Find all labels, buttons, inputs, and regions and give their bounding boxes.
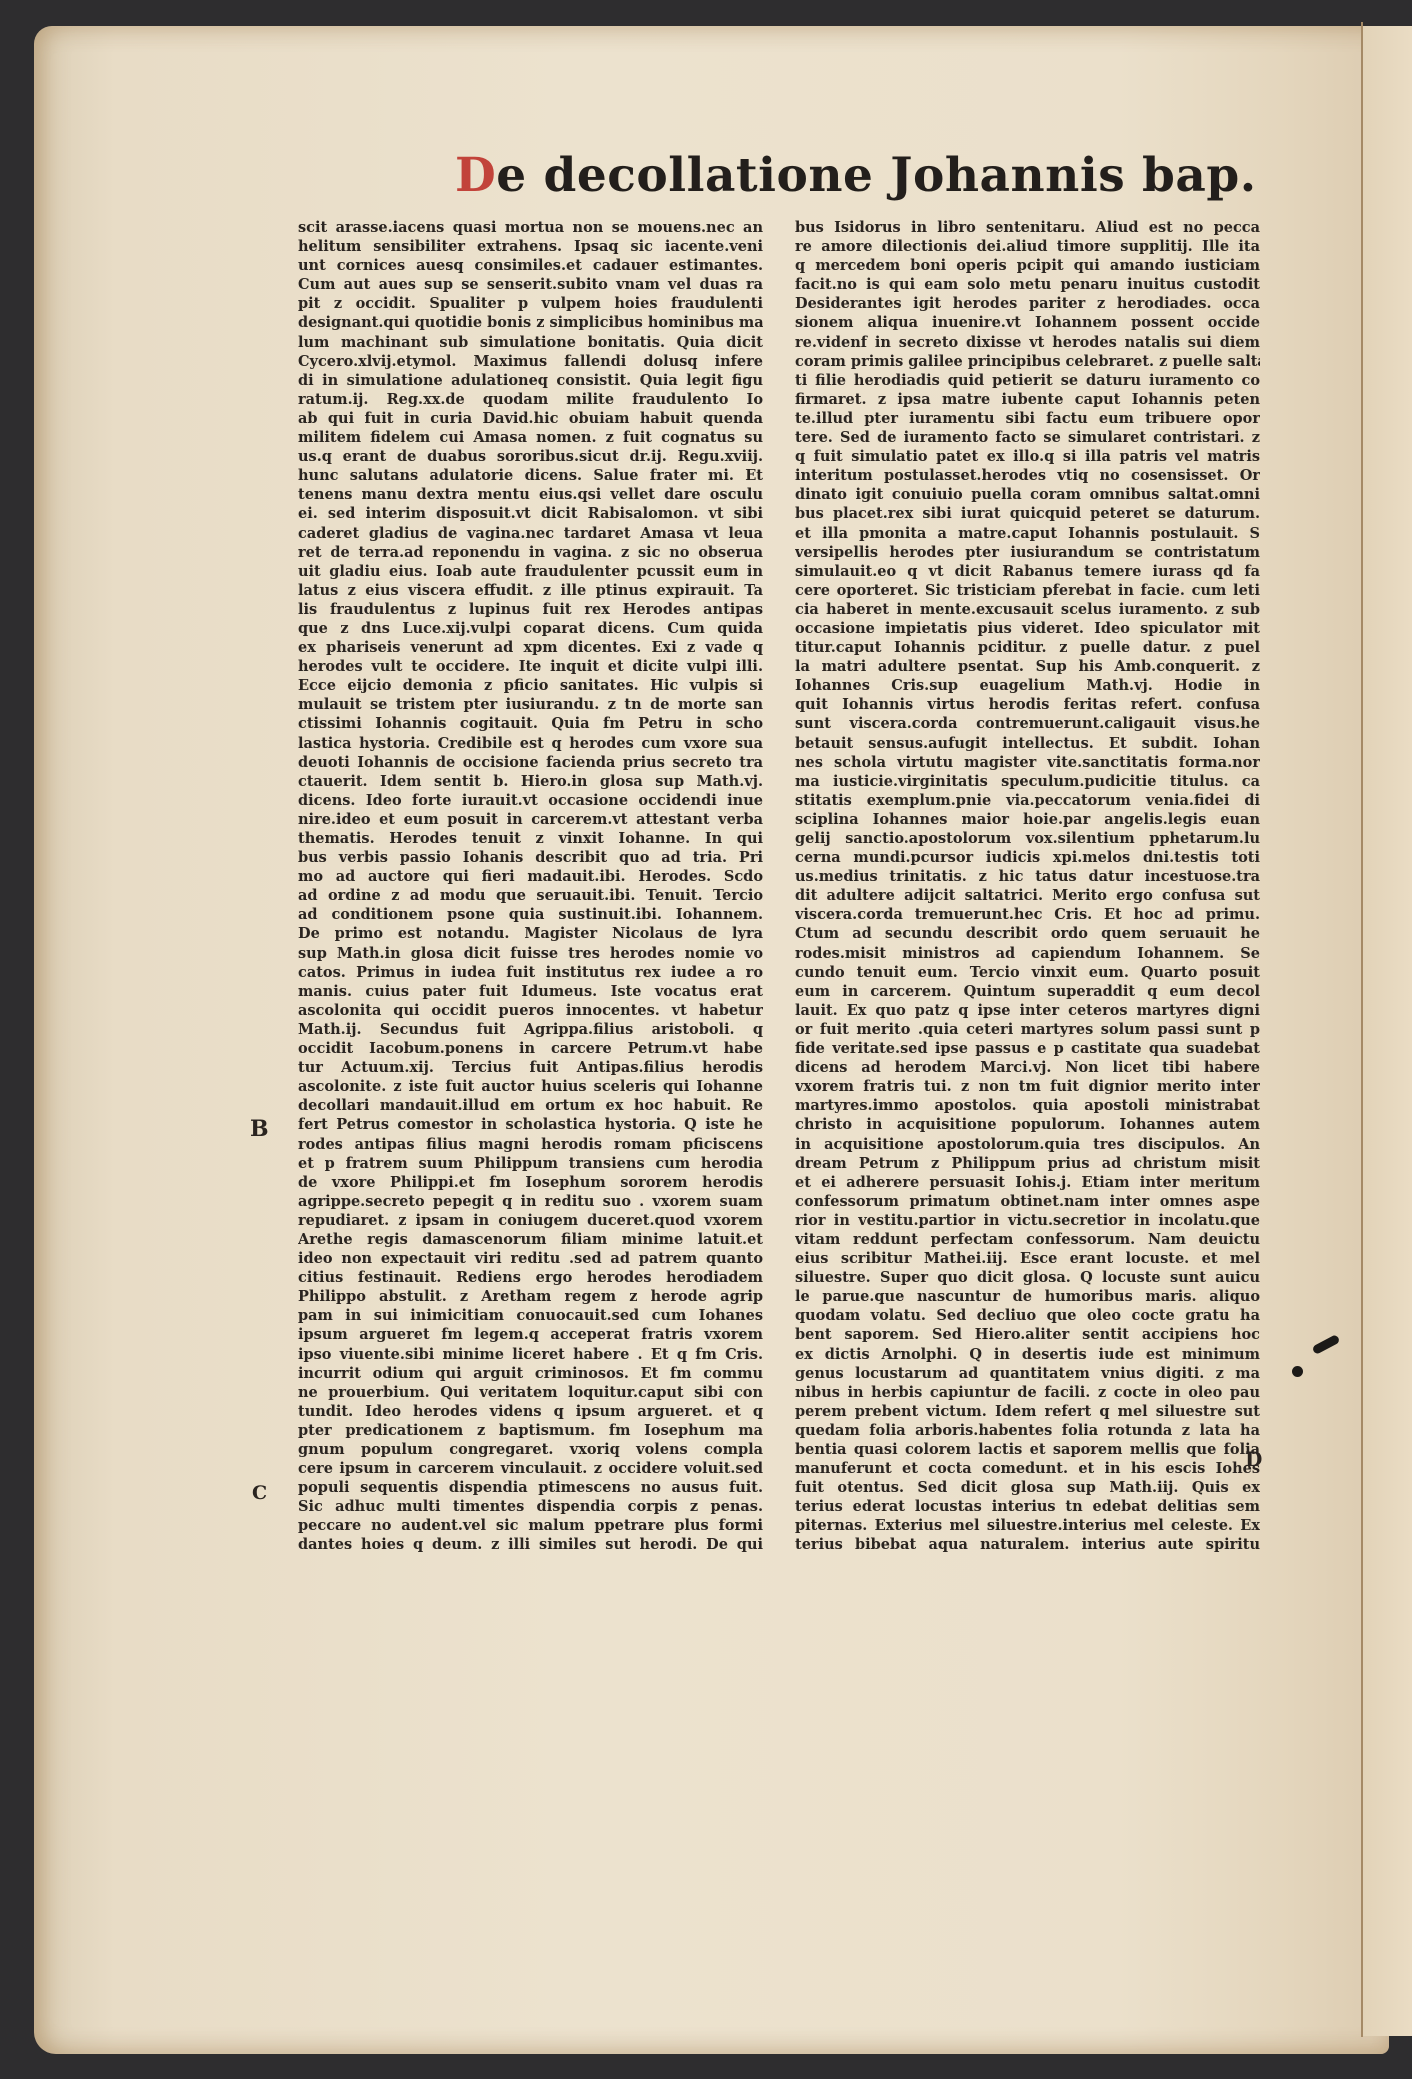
text-line: rior in vestitu.partior in victu.secreti… — [795, 1211, 1260, 1230]
text-line: peccare no audent.vel sic malum ppetrare… — [298, 1516, 763, 1535]
text-line: gelij sanctio.apostolorum vox.silentium … — [795, 829, 1260, 848]
text-line: fide veritate.sed ipse passus e p castit… — [795, 1039, 1260, 1058]
text-line: herodes vult te occidere. Ite inquit et … — [298, 657, 763, 676]
title-text-end: ohannis bap. — [913, 148, 1257, 203]
text-line: Sic adhuc multi timentes dispendia corpi… — [298, 1497, 763, 1516]
text-line: tundit. Ideo herodes videns q ipsum argu… — [298, 1402, 763, 1421]
text-line: firmaret. z ipsa matre iubente caput Ioh… — [795, 390, 1260, 409]
title-initial-j: J — [890, 148, 913, 203]
text-line: eum in carcerem. Quintum superaddit q eu… — [795, 982, 1260, 1001]
text-line: re.videnf in secreto dixisse vt herodes … — [795, 333, 1260, 352]
text-line: pter predicationem z baptismum. fm Iosep… — [298, 1421, 763, 1440]
text-line: bus verbis passio Iohanis describit quo … — [298, 848, 763, 867]
text-line: stitatis exemplum.pnie via.peccatorum ve… — [795, 791, 1260, 810]
text-line: versipellis herodes pter iusiurandum se … — [795, 543, 1260, 562]
text-line: nibus in herbis capiuntur de facili. z c… — [795, 1383, 1260, 1402]
text-line: sionem aliqua inuenire.vt Iohannem posse… — [795, 313, 1260, 332]
text-line: viscera.corda tremuerunt.hec Cris. Et ho… — [795, 905, 1260, 924]
text-line: et illa pmonita a matre.caput Iohannis p… — [795, 524, 1260, 543]
margin-letter-c: C — [252, 1482, 267, 1504]
text-line: manuferunt et cocta comedunt. et in his … — [795, 1459, 1260, 1478]
text-line: caderet gladius de vagina.nec tardaret A… — [298, 524, 763, 543]
text-line: Arethe regis damascenorum filiam minime … — [298, 1230, 763, 1249]
text-line: Iohannes Cris.sup euagelium Math.vj. Hod… — [795, 676, 1260, 695]
text-line: repudiaret. z ipsam in coniugem duceret.… — [298, 1211, 763, 1230]
text-line: et p fratrem suum Philippum transiens cu… — [298, 1154, 763, 1173]
text-line: le parue.que nascuntur de humoribus mari… — [795, 1287, 1260, 1306]
text-line: ctissimi Iohannis cogitauit. Quia fm Pet… — [298, 714, 763, 733]
text-line: occidit Iacobum.ponens in carcere Petrum… — [298, 1039, 763, 1058]
text-line: ipsum argueret fm legem.q acceperat frat… — [298, 1325, 763, 1344]
text-line: de vxore Philippi.et fm Iosephum sororem… — [298, 1173, 763, 1192]
text-line: ad conditionem psone quia sustinuit.ibi.… — [298, 905, 763, 924]
title-text: e decollatione — [496, 148, 890, 203]
text-line: dinato igit conuiuio puella coram omnibu… — [795, 485, 1260, 504]
text-line: sciplina Iohannes maior hoie.par angelis… — [795, 810, 1260, 829]
page-title: De decollatione Johannis bap. — [455, 148, 1257, 203]
text-column-left: scit arasse.iacens quasi mortua non se m… — [298, 218, 763, 1555]
text-line: or fuit merito .quia ceteri martyres sol… — [795, 1020, 1260, 1039]
text-line: Philippo abstulit. z Aretham regem z her… — [298, 1287, 763, 1306]
text-line: latus z eius viscera effudit. z ille pti… — [298, 581, 763, 600]
text-line: ipso viuente.sibi minime liceret habere … — [298, 1345, 763, 1364]
text-line: Cycero.xlvij.etymol. Maximus fallendi do… — [298, 352, 763, 371]
text-line: tenens manu dextra mentu eius.qsi vellet… — [298, 485, 763, 504]
text-line: ascolonita qui occidit pueros innocentes… — [298, 1001, 763, 1020]
text-line: Math.ij. Secundus fuit Agrippa.filius ar… — [298, 1020, 763, 1039]
text-line: que z dns Luce.xij.vulpi coparat dicens.… — [298, 619, 763, 638]
text-line: pit z occidit. Spualiter p vulpem hoies … — [298, 294, 763, 313]
text-line: genus locustarum ad quantitatem vnius di… — [795, 1364, 1260, 1383]
text-line: dicens ad herodem Marci.vj. Non licet ti… — [795, 1058, 1260, 1077]
margin-letter-d: D — [1245, 1447, 1262, 1471]
text-line: vxorem fratris tui. z non tm fuit dignio… — [795, 1077, 1260, 1096]
text-line: interitum postulasset.herodes vtiq no co… — [795, 466, 1260, 485]
margin-letter-b: B — [250, 1116, 269, 1142]
text-line: mulauit se tristem pter iusiurandu. z tn… — [298, 695, 763, 714]
text-line: quit Iohannis virtus herodis feritas ref… — [795, 695, 1260, 714]
text-line: tere. Sed de iuramento facto se simulare… — [795, 428, 1260, 447]
text-line: perem prebent victum. Idem refert q mel … — [795, 1402, 1260, 1421]
text-line: agrippe.secreto pepegit q in reditu suo … — [298, 1192, 763, 1211]
text-line: helitum sensibiliter extrahens. Ipsaq si… — [298, 237, 763, 256]
text-line: dantes hoies q deum. z illi similes sut … — [298, 1535, 763, 1554]
text-line: us.medius trinitatis. z hic tatus datur … — [795, 867, 1260, 886]
text-line: q mercedem boni operis pcipit qui amando… — [795, 256, 1260, 275]
text-line: sup Math.in glosa dicit fuisse tres hero… — [298, 944, 763, 963]
text-line: eius scribitur Mathei.iij. Esce erant lo… — [795, 1249, 1260, 1268]
text-line: dream Petrum z Philippum prius ad christ… — [795, 1154, 1260, 1173]
text-line: martyres.immo apostolos. quia apostoli m… — [795, 1096, 1260, 1115]
text-line: hunc salutans adulatorie dicens. Salue f… — [298, 466, 763, 485]
text-line: pam in sui inimicitiam conuocauit.sed cu… — [298, 1306, 763, 1325]
text-line: cere oporteret. Sic tristiciam pferebat … — [795, 581, 1260, 600]
text-line: lauit. Ex quo patz q ipse inter ceteros … — [795, 1001, 1260, 1020]
text-line: citius festinauit. Rediens ergo herodes … — [298, 1268, 763, 1287]
text-line: piternas. Exterius mel siluestre.interiu… — [795, 1516, 1260, 1535]
text-line: bent saporem. Sed Hiero.aliter sentit ac… — [795, 1325, 1260, 1344]
text-line: quodam volatu. Sed decliuo que oleo coct… — [795, 1306, 1260, 1325]
text-line: tur Actuum.xij. Tercius fuit Antipas.fil… — [298, 1058, 763, 1077]
text-line: facit.no is qui eam solo metu penaru inu… — [795, 275, 1260, 294]
text-line: re amore dilectionis dei.aliud timore su… — [795, 237, 1260, 256]
page-gutter — [1361, 22, 1363, 2037]
text-line: uit gladiu eius. Ioab aute fraudulenter … — [298, 562, 763, 581]
text-line: militem fidelem cui Amasa nomen. z fuit … — [298, 428, 763, 447]
text-line: ascolonite. z iste fuit auctor huius sce… — [298, 1077, 763, 1096]
text-line: deuoti Iohannis de occisione facienda pr… — [298, 753, 763, 772]
text-line: cerna mundi.pcursor iudicis xpi.melos dn… — [795, 848, 1260, 867]
text-column-right: bus Isidorus in libro sentenitaru. Aliud… — [795, 218, 1260, 1555]
title-rubric-initial: D — [455, 148, 496, 203]
text-line: ex phariseis venerunt ad xpm dicentes. E… — [298, 638, 763, 657]
text-line: titur.caput Iohannis pciditur. z puelle … — [795, 638, 1260, 657]
text-line: coram primis galilee principibus celebra… — [795, 352, 1260, 371]
text-line: in acquisitione apostolorum.quia tres di… — [795, 1135, 1260, 1154]
text-line: bus Isidorus in libro sentenitaru. Aliud… — [795, 218, 1260, 237]
text-line: dit adultere adijcit saltatrici. Merito … — [795, 886, 1260, 905]
text-line: decollari mandauit.illud em ortum ex hoc… — [298, 1096, 763, 1115]
text-line: cundo tenuit eum. Tercio vinxit eum. Qua… — [795, 963, 1260, 982]
text-line: lastica hystoria. Credibile est q herode… — [298, 734, 763, 753]
text-line: vitam reddunt perfectam confessorum. Nam… — [795, 1230, 1260, 1249]
text-line: ideo non expectauit viri reditu .sed ad … — [298, 1249, 763, 1268]
text-line: betauit sensus.aufugit intellectus. Et s… — [795, 734, 1260, 753]
text-line: ex dictis Arnolphi. Q in desertis iude e… — [795, 1345, 1260, 1364]
text-line: q fuit simulatio patet ex illo.q si illa… — [795, 447, 1260, 466]
text-line: rodes.misit ministros ad capiendum Iohan… — [795, 944, 1260, 963]
text-line: cia haberet in mente.excusauit scelus iu… — [795, 600, 1260, 619]
text-line: incurrit odium qui arguit criminosos. Et… — [298, 1364, 763, 1383]
text-line: dicens. Ideo forte iurauit.vt occasione … — [298, 791, 763, 810]
text-line: cere ipsum in carcerem vinculauit. z occ… — [298, 1459, 763, 1478]
text-line: terius bibebat aqua naturalem. interius … — [795, 1535, 1260, 1554]
text-line: gnum populum congregaret. vxoriq volens … — [298, 1440, 763, 1459]
text-line: Ecce eijcio demonia z pficio sanitates. … — [298, 676, 763, 695]
text-line: ret de terra.ad reponendu in vagina. z s… — [298, 543, 763, 562]
text-line: ab qui fuit in curia David.hic obuiam ha… — [298, 409, 763, 428]
text-line: nire.ideo et eum posuit in carcerem.vt a… — [298, 810, 763, 829]
text-line: mo ad auctore qui fieri madauit.ibi. Her… — [298, 867, 763, 886]
text-line: et ei adherere persuasit Iohis.j. Etiam … — [795, 1173, 1260, 1192]
text-line: siluestre. Super quo dicit glosa. Q locu… — [795, 1268, 1260, 1287]
text-line: manis. cuius pater fuit Idumeus. Iste vo… — [298, 982, 763, 1001]
ink-dot — [1292, 1366, 1303, 1377]
text-line: ei. sed interim disposuit.vt dicit Rabis… — [298, 504, 763, 523]
text-line: rodes antipas filius magni herodis romam… — [298, 1135, 763, 1154]
adjacent-page-edge — [1363, 26, 1412, 2036]
text-line: ad ordine z ad modu que seruauit.ibi. Te… — [298, 886, 763, 905]
text-line: ctauerit. Idem sentit b. Hiero.in glosa … — [298, 772, 763, 791]
text-line: bentia quasi colorem lactis et saporem m… — [795, 1440, 1260, 1459]
text-line: te.illud pter iuramentu sibi factu eum t… — [795, 409, 1260, 428]
text-line: di in simulatione adulationeq consistit.… — [298, 371, 763, 390]
text-line: thematis. Herodes tenuit z vinxit Iohann… — [298, 829, 763, 848]
text-line: ti filie herodiadis quid petierit se dat… — [795, 371, 1260, 390]
text-line: fert Petrus comestor in scholastica hyst… — [298, 1115, 763, 1134]
text-line: simulauit.eo q vt dicit Rabanus temere i… — [795, 562, 1260, 581]
text-line: lis fraudulentus z lupinus fuit rex Hero… — [298, 600, 763, 619]
text-line: populi sequentis dispendia ptimescens no… — [298, 1478, 763, 1497]
text-line: bus placet.rex sibi iurat quicquid peter… — [795, 504, 1260, 523]
text-line: occasione impietatis pius videret. Ideo … — [795, 619, 1260, 638]
text-line: ma iusticie.virginitatis speculum.pudici… — [795, 772, 1260, 791]
text-line: nes schola virtutu magister vite.sanctit… — [795, 753, 1260, 772]
text-line: Desiderantes igit herodes pariter z hero… — [795, 294, 1260, 313]
text-line: quedam folia arboris.habentes folia rotu… — [795, 1421, 1260, 1440]
text-line: Ctum ad secundu describit ordo quem seru… — [795, 924, 1260, 943]
text-line: la matri adultere psentat. Sup his Amb.c… — [795, 657, 1260, 676]
text-line: us.q erant de duabus sororibus.sicut dr.… — [298, 447, 763, 466]
text-line: scit arasse.iacens quasi mortua non se m… — [298, 218, 763, 237]
text-line: lum machinant sub simulatione bonitatis.… — [298, 333, 763, 352]
text-line: Cum aut aues sup se senserit.subito vnam… — [298, 275, 763, 294]
text-line: sunt viscera.corda contremuerunt.caligau… — [795, 714, 1260, 733]
text-line: unt cornices auesq consimiles.et cadauer… — [298, 256, 763, 275]
text-line: fuit otentus. Sed dicit glosa sup Math.i… — [795, 1478, 1260, 1497]
text-line: confessorum primatum obtinet.nam inter o… — [795, 1192, 1260, 1211]
text-line: terius ederat locustas interius tn edeba… — [795, 1497, 1260, 1516]
text-line: catos. Primus in iudea fuit institutus r… — [298, 963, 763, 982]
text-line: ne prouerbium. Qui veritatem loquitur.ca… — [298, 1383, 763, 1402]
text-line: De primo est notandu. Magister Nicolaus … — [298, 924, 763, 943]
text-line: christo in acquisitione populorum. Iohan… — [795, 1115, 1260, 1134]
text-line: ratum.ij. Reg.xx.de quodam milite fraudu… — [298, 390, 763, 409]
text-line: designant.qui quotidie bonis z simplicib… — [298, 313, 763, 332]
